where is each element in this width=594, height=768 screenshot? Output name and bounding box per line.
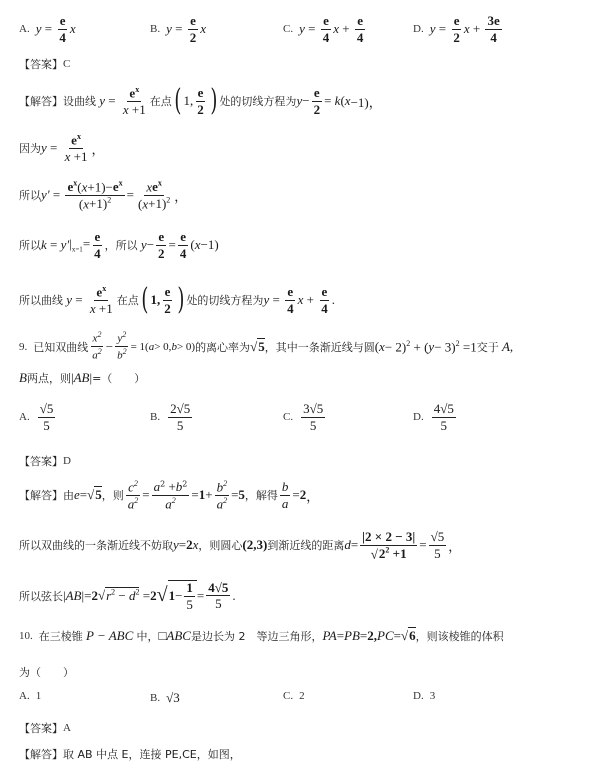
q10-option-d: D. 3 <box>413 690 441 702</box>
q8-solution-line-5: 所以曲线 y = exx +1 在点 (1,e2) 处的切线方程为 y = e4… <box>19 285 335 316</box>
q8-answer: 【答案】 C <box>19 56 76 72</box>
q9-solution-line-2: 所以双曲线的一条渐近线不妨取 y = 2x ，则圆心 (2,3) 到渐近线的距离… <box>19 530 461 561</box>
q10-stem-line-1: 10. 在三棱锥 P − ABC 中， □ABC 是边长为 2 等边三角形， P… <box>19 628 504 644</box>
q10-option-a: A. 1 <box>19 690 47 702</box>
q8-option-b: B. y = e2x <box>150 14 206 44</box>
q9-solution-line-3: 所以弦长 |AB|= 2√r2 − d2 = 2√1−15 =4√55. <box>19 580 236 611</box>
q10-stem-line-2: 为（ ） <box>19 664 74 680</box>
q8-solution-line-4: 所以 k = y′|x=1= e4 ，所以 y−e2=e4(x−1) <box>19 230 219 260</box>
q10-option-b: B. √3 <box>150 690 180 706</box>
q9-option-a: A. √55 <box>19 402 57 432</box>
q9-stem-line-1: 9. 已知双曲线 x2a2−y2b2 = 1(a > 0,b > 0) 的离心率… <box>19 331 513 362</box>
q10-option-c: C. 2 <box>283 690 311 702</box>
q9-solution-line-1: 【解答】 由 e = √5 ，则 c2a2= a2 +b2a2=1+ b2a2=… <box>19 480 319 511</box>
q9-answer: 【答案】 D <box>19 453 77 469</box>
q8-option-c: C. y = e4x + e4 <box>283 14 367 44</box>
q8-option-d: D. y = e2x + 3e4 <box>413 14 504 44</box>
q8-solution-line-2: 因为 y = exx +1， <box>19 133 105 164</box>
q10-solution-line-1: 【解答】 取 AB 中点 E，连接 PE,CE，如图， <box>19 746 241 762</box>
q8-option-a: A. y = e4x <box>19 14 76 44</box>
q8-solution-line-1: 【解答】 设曲线 y = exx +1 在点 (1,e2) 处的切线方程为 y−… <box>19 86 382 117</box>
q10-answer: 【答案】 A <box>19 720 77 736</box>
q8-solution-line-3: 所以 y′ = ex(x+1)−ex(x+1)2 = xex(x+1)2， <box>19 180 187 211</box>
q9-option-c: C. 3√55 <box>283 402 327 432</box>
q9-option-b: B. 2√55 <box>150 402 194 432</box>
q9-option-d: D. 4√55 <box>413 402 458 432</box>
q9-stem-line-2: B 两点，则 |AB| =（ ） <box>19 370 145 386</box>
